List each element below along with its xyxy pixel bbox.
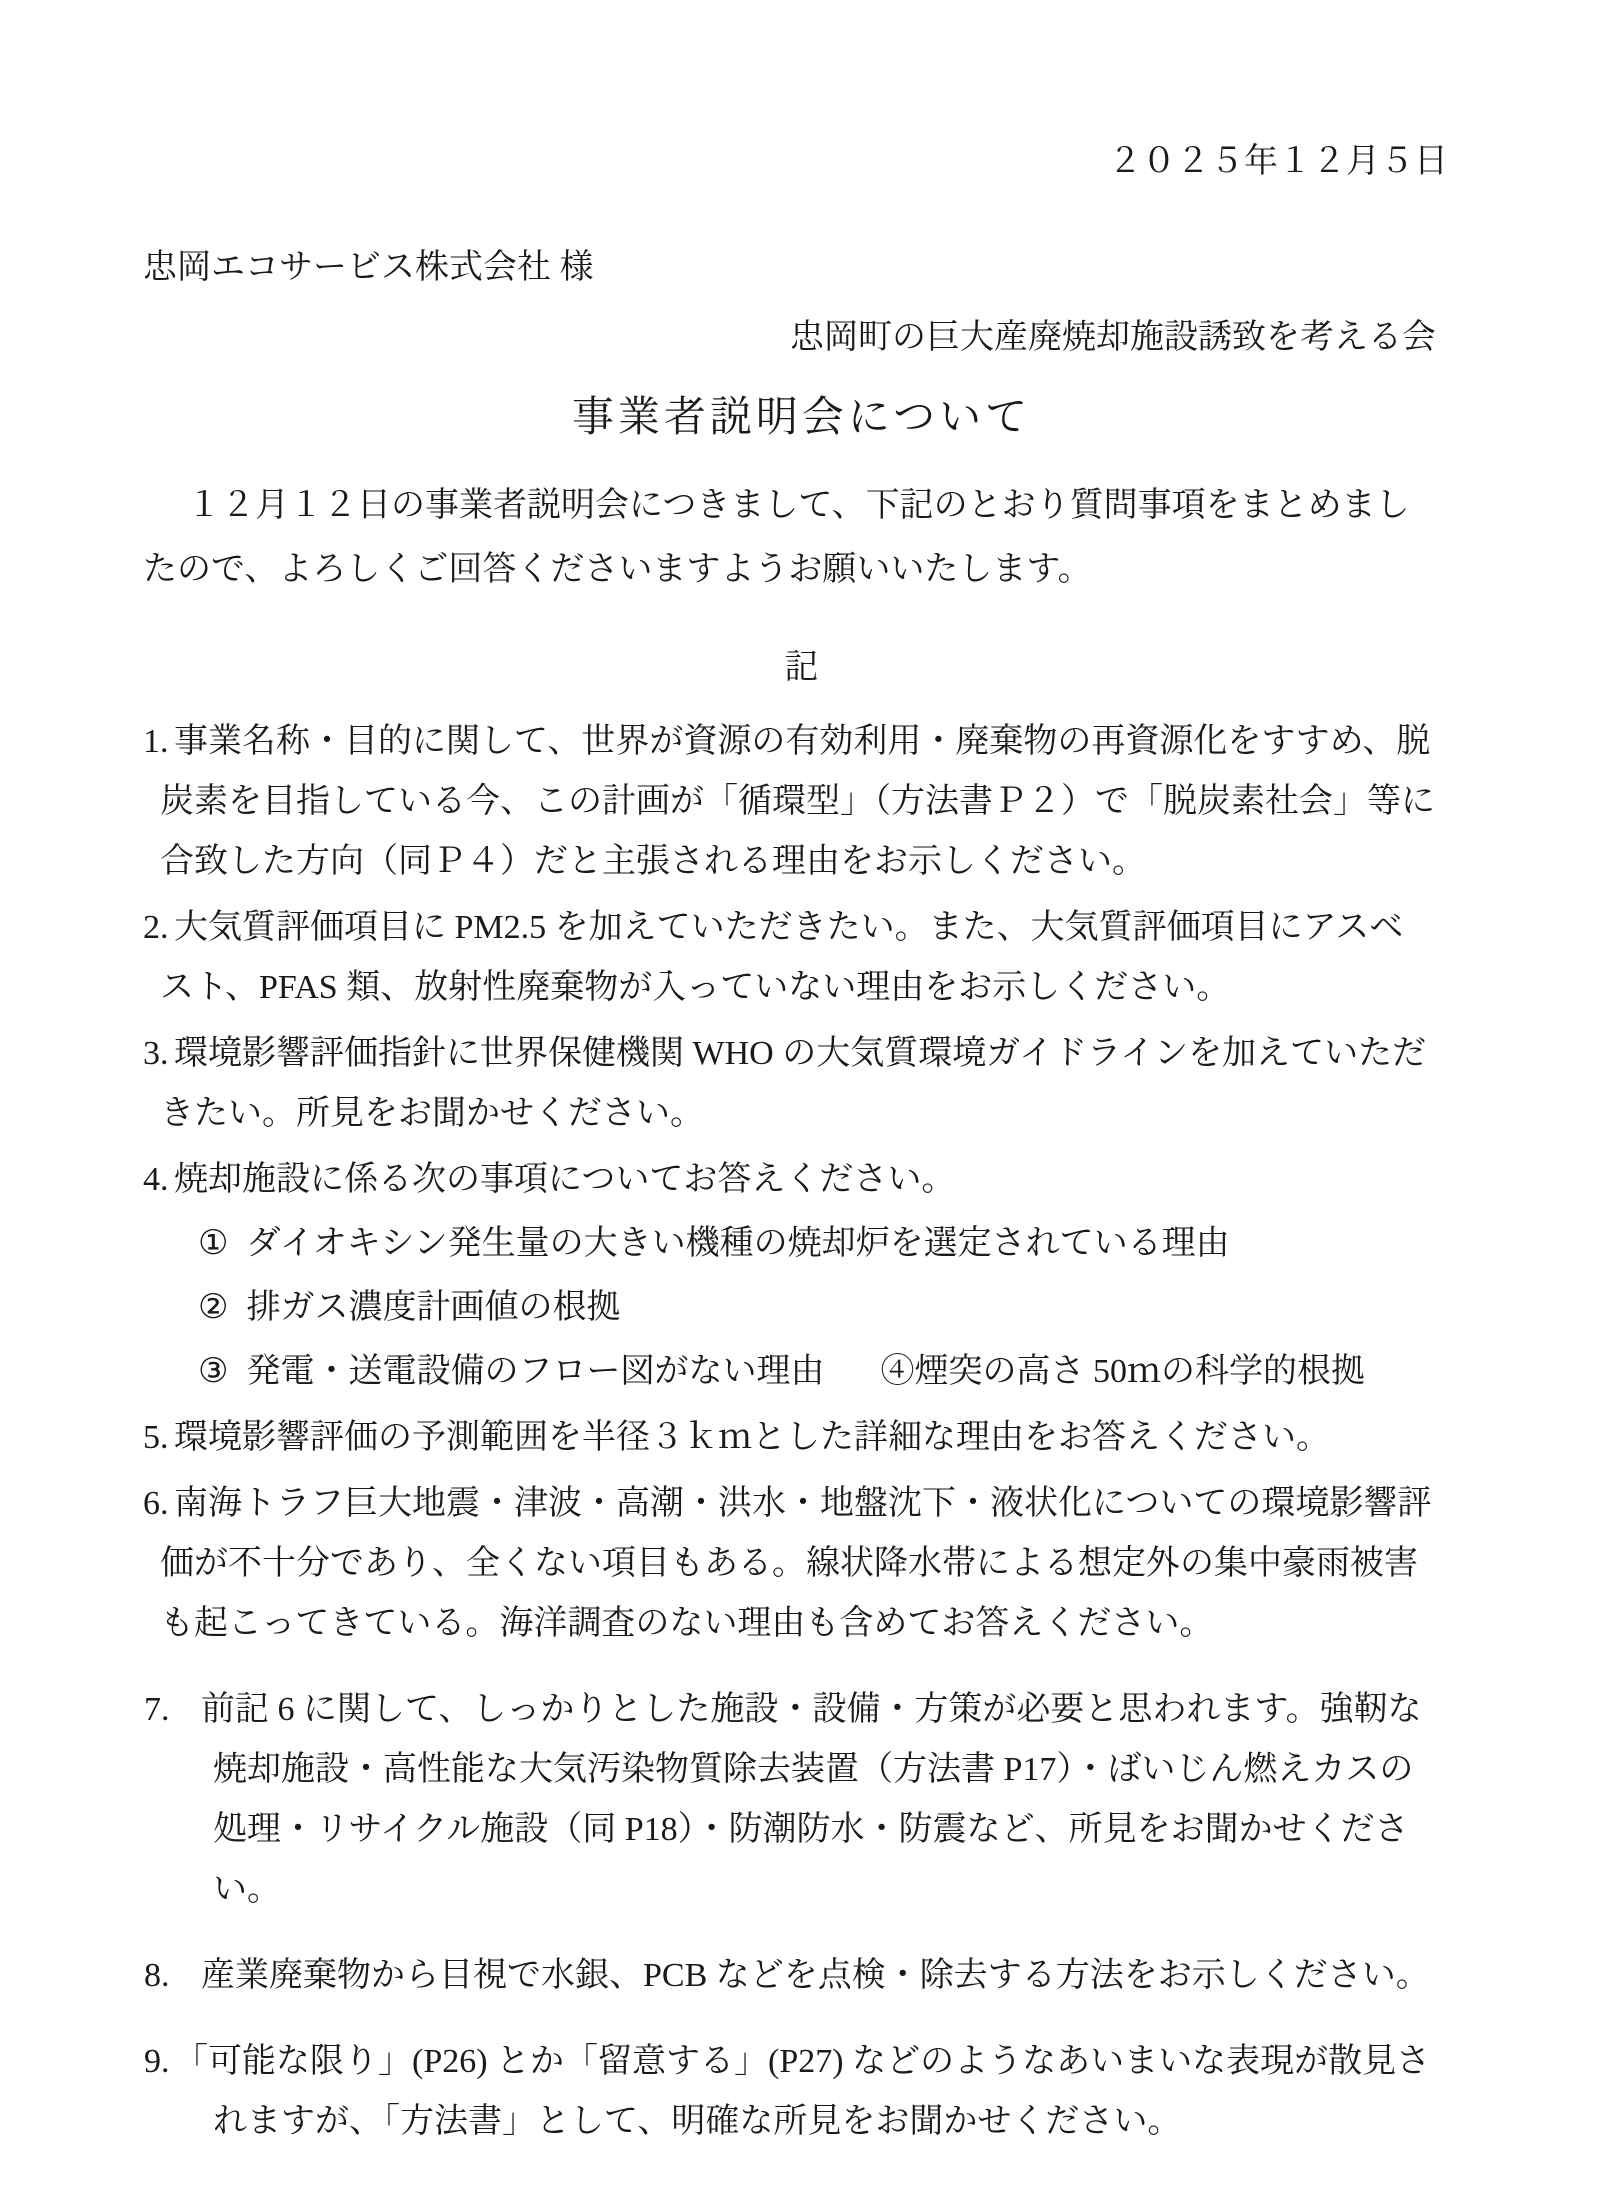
sub-question-line: ②排ガス濃度計画値の根拠 — [198, 1278, 1435, 1338]
question-item: 2.大気質評価項目に PM2.5 を加えていただきたい。また、大気質評価項目にア… — [143, 898, 1435, 1018]
sub-question-number: ① — [198, 1225, 228, 1262]
question-item: 8.産業廃棄物から目視で水銀、PCB などを点検・除去する方法をお示しください。 — [143, 1946, 1435, 2006]
sub-question-number: ④ — [880, 1353, 914, 1390]
sub-question-text: 排ガス濃度計画値の根拠 — [246, 1289, 620, 1326]
record-marker: 記 — [143, 638, 1460, 698]
document-page: ２０２５年１２月５日 忠岡エコサービス株式会社 様 忠岡町の巨大産廃焼却施設誘致… — [0, 0, 1600, 2212]
sub-question-line: ③発電・送電設備のフロー図がない理由④煙突の高さ 50ｍの科学的根拠 — [198, 1342, 1435, 1402]
question-text: 事業名称・目的に関して、世界が資源の有効利用・廃棄物の再資源化をすすめ、脱炭素を… — [160, 723, 1435, 880]
sub-question-group: ①ダイオキシン発生量の大きい機種の焼却炉を選定されている理由 — [198, 1225, 1230, 1262]
question-number: 4. — [143, 1150, 169, 1210]
sub-question-group: ④煙突の高さ 50ｍの科学的根拠 — [880, 1353, 1365, 1390]
question-item: 1.事業名称・目的に関して、世界が資源の有効利用・廃棄物の再資源化をすすめ、脱炭… — [143, 712, 1435, 892]
question-number: 5. — [143, 1408, 169, 1468]
question-text: 環境影響評価指針に世界保健機関 WHO の大気質環境ガイドラインを加えていただき… — [160, 1035, 1426, 1132]
sub-question-group: ③発電・送電設備のフロー図がない理由 — [198, 1353, 824, 1390]
recipient-name: 忠岡エコサービス株式会社 様 — [143, 248, 1460, 288]
letter-body: ２０２５年１２月５日 忠岡エコサービス株式会社 様 忠岡町の巨大産廃焼却施設誘致… — [0, 142, 1600, 2152]
sender-organization: 忠岡町の巨大産廃焼却施設誘致を考える会 — [143, 318, 1460, 358]
sub-question-text: 発電・送電設備のフロー図がない理由 — [246, 1353, 824, 1390]
question-item: 5.環境影響評価の予測範囲を半径３ｋｍとした詳細な理由をお答えください。 — [143, 1408, 1435, 1468]
question-text: 産業廃棄物から目視で水銀、PCB などを点検・除去する方法をお示しください。 — [201, 1957, 1430, 1994]
question-number: 2. — [143, 898, 169, 958]
question-item: 6.南海トラフ巨大地震・津波・高潮・洪水・地盤沈下・液状化についての環境影響評価… — [143, 1474, 1435, 1654]
question-number: 7. — [144, 1680, 201, 1740]
intro-paragraph: １２月１２日の事業者説明会につきまして、下記のとおり質問事項をまとめましたので、… — [143, 474, 1440, 602]
question-number: 3. — [143, 1024, 169, 1084]
question-item: 4.焼却施設に係る次の事項についてお答えください。①ダイオキシン発生量の大きい機… — [143, 1150, 1435, 1402]
document-title: 事業者説明会について — [143, 390, 1460, 446]
sub-question-text: ダイオキシン発生量の大きい機種の焼却炉を選定されている理由 — [246, 1225, 1229, 1262]
question-item: 9.「可能な限り」(P26) とか「留意する」(P27) などのようなあいまいな… — [143, 2032, 1435, 2152]
sub-question-text: 煙突の高さ 50ｍの科学的根拠 — [914, 1353, 1365, 1390]
question-list: 1.事業名称・目的に関して、世界が資源の有効利用・廃棄物の再資源化をすすめ、脱炭… — [143, 712, 1460, 2152]
question-number: 6. — [143, 1474, 169, 1534]
question-text: 前記 6 に関して、しっかりとした施設・設備・方策が必要と思われます。強靭な焼却… — [201, 1691, 1422, 1908]
question-text: 焼却施設に係る次の事項についてお答えください。 — [174, 1161, 955, 1198]
sub-question-line: ①ダイオキシン発生量の大きい機種の焼却炉を選定されている理由 — [198, 1214, 1435, 1274]
letter-date: ２０２５年１２月５日 — [143, 142, 1460, 182]
sub-question-number: ② — [198, 1289, 228, 1326]
question-number: 1. — [143, 712, 169, 772]
question-text: 「可能な限り」(P26) とか「留意する」(P27) などのようなあいまいな表現… — [174, 2043, 1430, 2140]
question-item: 7.前記 6 に関して、しっかりとした施設・設備・方策が必要と思われます。強靭な… — [143, 1680, 1435, 1920]
question-text: 大気質評価項目に PM2.5 を加えていただきたい。また、大気質評価項目にアスベ… — [160, 909, 1403, 1006]
question-number: 8. — [144, 1946, 201, 2006]
question-item: 3.環境影響評価指針に世界保健機関 WHO の大気質環境ガイドラインを加えていた… — [143, 1024, 1435, 1144]
question-text: 南海トラフ巨大地震・津波・高潮・洪水・地盤沈下・液状化についての環境影響評価が不… — [160, 1485, 1431, 1642]
question-text: 環境影響評価の予測範囲を半径３ｋｍとした詳細な理由をお答えください。 — [174, 1419, 1330, 1456]
sub-question-group: ②排ガス濃度計画値の根拠 — [198, 1289, 620, 1326]
sub-question-number: ③ — [198, 1353, 228, 1390]
question-number: 9. — [144, 2032, 174, 2092]
